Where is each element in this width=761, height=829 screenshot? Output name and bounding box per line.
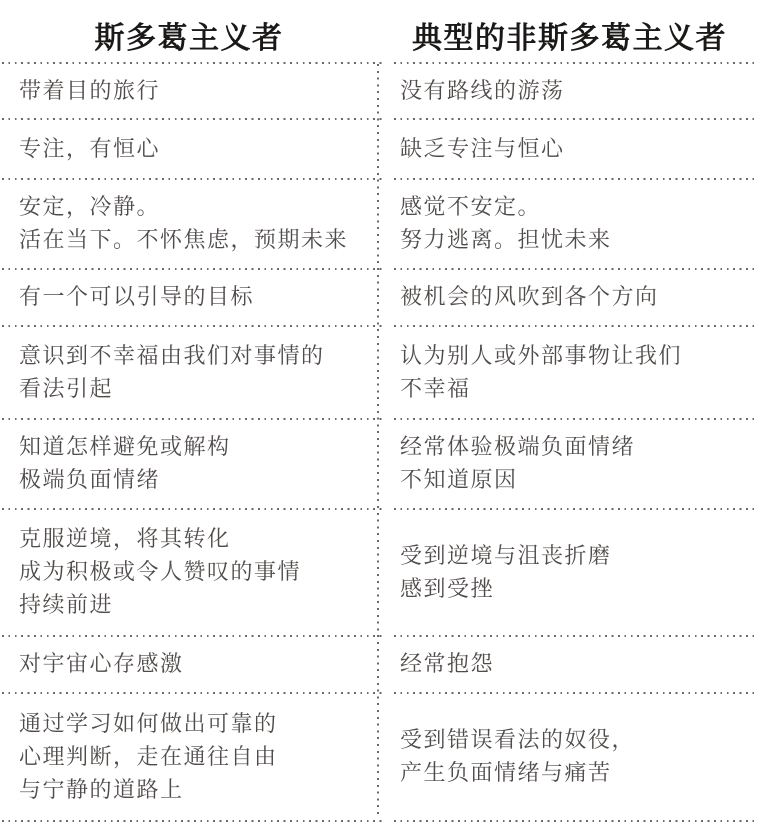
- table-row: 对宇宙心存感激经常抱怨: [0, 635, 761, 692]
- table-row: 知道怎样避免或解构 极端负面情绪经常体验极端负面情绪 不知道原因: [0, 418, 761, 508]
- column-divider-line: [377, 64, 379, 818]
- non-stoic-cell: 经常体验极端负面情绪 不知道原因: [378, 418, 761, 508]
- non-stoic-cell: 没有路线的游荡: [378, 62, 761, 118]
- row-divider-line: [394, 118, 758, 120]
- stoic-cell: 通过学习如何做出可靠的 心理判断，走在通往自由 与宁静的道路上: [0, 692, 378, 820]
- row-divider-line: [394, 178, 758, 180]
- row-divider-line: [394, 820, 758, 822]
- stoic-comparison-table: 斯多葛主义者 典型的非斯多葛主义者 带着目的旅行没有路线的游荡专注，有恒心缺乏专…: [0, 0, 761, 829]
- stoic-cell: 带着目的旅行: [0, 62, 378, 118]
- table-row: 意识到不幸福由我们对事情的 看法引起认为别人或外部事物让我们 不幸福: [0, 325, 761, 418]
- stoic-cell: 有一个可以引导的目标: [0, 268, 378, 325]
- table-row: 专注，有恒心缺乏专注与恒心: [0, 118, 761, 178]
- non-stoic-cell: 受到错误看法的奴役， 产生负面情绪与痛苦: [378, 692, 761, 820]
- row-divider-line: [2, 62, 382, 64]
- row-divider-line: [394, 692, 758, 694]
- stoic-cell: 专注，有恒心: [0, 118, 378, 178]
- stoic-cell: 安定，冷静。 活在当下。不怀焦虑，预期未来: [0, 178, 378, 268]
- non-stoic-cell: 经常抱怨: [378, 635, 761, 692]
- column-header-non-stoic: 典型的非斯多葛主义者: [378, 0, 761, 62]
- row-divider-line: [394, 62, 758, 64]
- row-divider-line: [2, 325, 382, 327]
- row-divider-line: [2, 118, 382, 120]
- non-stoic-cell: 感觉不安定。 努力逃离。担忧未来: [378, 178, 761, 268]
- row-divider-line: [394, 325, 758, 327]
- row-divider-line: [394, 418, 758, 420]
- table-header-row: 斯多葛主义者 典型的非斯多葛主义者: [0, 0, 761, 62]
- non-stoic-cell: 被机会的风吹到各个方向: [378, 268, 761, 325]
- stoic-cell: 克服逆境，将其转化 成为积极或令人赞叹的事情 持续前进: [0, 508, 378, 635]
- table-row: 有一个可以引导的目标被机会的风吹到各个方向: [0, 268, 761, 325]
- stoic-cell: 对宇宙心存感激: [0, 635, 378, 692]
- table-row: 克服逆境，将其转化 成为积极或令人赞叹的事情 持续前进受到逆境与沮丧折磨 感到受…: [0, 508, 761, 635]
- table-row: 通过学习如何做出可靠的 心理判断，走在通往自由 与宁静的道路上受到错误看法的奴役…: [0, 692, 761, 820]
- row-divider-line: [2, 820, 382, 822]
- stoic-cell: 意识到不幸福由我们对事情的 看法引起: [0, 325, 378, 418]
- table-row: 安定，冷静。 活在当下。不怀焦虑，预期未来感觉不安定。 努力逃离。担忧未来: [0, 178, 761, 268]
- table-bottom-border: [0, 820, 761, 822]
- row-divider-line: [394, 635, 758, 637]
- row-divider-line: [394, 508, 758, 510]
- row-divider-line: [2, 635, 382, 637]
- table-body: 带着目的旅行没有路线的游荡专注，有恒心缺乏专注与恒心安定，冷静。 活在当下。不怀…: [0, 62, 761, 820]
- column-header-stoic: 斯多葛主义者: [0, 0, 378, 62]
- stoic-cell: 知道怎样避免或解构 极端负面情绪: [0, 418, 378, 508]
- non-stoic-cell: 受到逆境与沮丧折磨 感到受挫: [378, 508, 761, 635]
- row-divider-line: [2, 178, 382, 180]
- non-stoic-cell: 缺乏专注与恒心: [378, 118, 761, 178]
- non-stoic-cell: 认为别人或外部事物让我们 不幸福: [378, 325, 761, 418]
- row-divider-line: [2, 508, 382, 510]
- row-divider-line: [2, 418, 382, 420]
- row-divider-line: [2, 692, 382, 694]
- row-divider-line: [2, 268, 382, 270]
- row-divider-line: [394, 268, 758, 270]
- table-row: 带着目的旅行没有路线的游荡: [0, 62, 761, 118]
